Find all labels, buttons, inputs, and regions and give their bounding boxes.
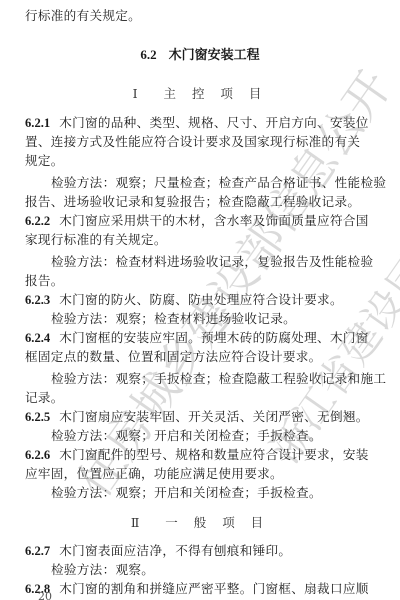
clause-6-2-1: 6.2.1木门窗的品种、类型、规格、尺寸、开启方向、安装位 [25, 115, 369, 131]
clause-6-2-7: 6.2.7木门窗表面应洁净，不得有刨痕和锤印。 [25, 543, 291, 559]
subsection-heading-2: Ⅱ 一 般 项 目 [0, 513, 400, 531]
clause-number: 6.2.4 [25, 331, 50, 345]
inspection-method: 检验方法：观察。 [51, 562, 154, 577]
subsection-title: 主 控 项 目 [163, 86, 267, 101]
subsection-numeral: Ⅱ [131, 515, 146, 530]
clause-text: 木门窗扇应安装牢固、开关灵活、关闭严密、无倒翘。 [59, 409, 368, 424]
section-number: 6.2 [140, 47, 156, 62]
document-page: 行标准的有关规定。 6.2木门窗安装工程 Ⅰ 主 控 项 目 6.2.1木门窗的… [0, 0, 400, 600]
clause-text: 木门窗的防火、防腐、防虫处理应符合设计要求。 [59, 292, 343, 307]
inspection-method: 检验方法：观察；开启和关闭检查；手扳检查。 [51, 428, 322, 443]
inspection-method: 检验方法：观察；手扳检查；检查隐蔽工程验收记录和施工 [51, 371, 386, 386]
clause-text: 木门窗框的安装应牢固。预埋木砖的防腐处理、木门窗 [59, 330, 368, 345]
clause-text: 置、连接方式及性能应符合设计要求及国家现行标准的有关 [25, 134, 360, 149]
clause-number: 6.2.6 [25, 448, 50, 462]
clause-number: 6.2.7 [25, 544, 50, 558]
clause-text: 木门窗应采用烘干的木材，含水率及饰面质量应符合国 [59, 213, 368, 228]
clause-number: 6.2.3 [25, 293, 50, 307]
clause-text: 家现行标准的有关规定。 [25, 232, 167, 247]
page-number: 20 [38, 590, 52, 600]
clause-number: 6.2.2 [25, 214, 50, 228]
clause-text: 木门窗表面应洁净，不得有刨痕和锤印。 [59, 543, 291, 558]
inspection-method: 检验方法：观察；尺量检查；检查产品合格证书、性能检验 [51, 175, 386, 190]
continuation-text: 行标准的有关规定。 [25, 8, 141, 23]
clause-text: 应牢固，位置应正确，功能应满足使用要求。 [25, 466, 283, 481]
clause-6-2-5: 6.2.5木门窗扇应安装牢固、开关灵活、关闭严密、无倒翘。 [25, 409, 369, 425]
clause-6-2-4: 6.2.4木门窗框的安装应牢固。预埋木砖的防腐处理、木门窗 [25, 330, 369, 346]
clause-text: 木门窗的割角和拼缝应严密平整。门窗框、扇裁口应顺 [59, 581, 368, 596]
clause-text: 规定。 [25, 153, 64, 168]
inspection-method: 报告。 [25, 273, 64, 288]
clause-number: 6.2.1 [25, 116, 50, 130]
subsection-numeral: Ⅰ [133, 86, 144, 101]
clause-6-2-2: 6.2.2木门窗应采用烘干的木材，含水率及饰面质量应符合国 [25, 213, 369, 229]
section-title: 木门窗安装工程 [169, 48, 260, 63]
inspection-method: 检验方法：观察；检查材料进场验收记录。 [51, 311, 296, 326]
inspection-method: 检验方法：检查材料进场验收记录，复验报告及性能检验 [51, 254, 373, 269]
inspection-method: 检验方法：观察；开启和关闭检查；手扳检查。 [51, 485, 322, 500]
clause-6-2-8: 6.2.8木门窗的割角和拼缝应严密平整。门窗框、扇裁口应顺 [25, 581, 369, 597]
section-heading: 6.2木门窗安装工程 [0, 44, 400, 63]
subsection-title: 一 般 项 目 [165, 515, 269, 530]
clause-text: 木门窗配件的型号、规格和数量应符合设计要求，安装 [59, 447, 368, 462]
subsection-heading-1: Ⅰ 主 控 项 目 [0, 84, 400, 102]
clause-text: 框固定点的数量、位置和固定方法应符合设计要求。 [25, 349, 322, 364]
clause-6-2-3: 6.2.3木门窗的防火、防腐、防虫处理应符合设计要求。 [25, 292, 343, 308]
clause-number: 6.2.5 [25, 410, 50, 424]
clause-text: 木门窗的品种、类型、规格、尺寸、开启方向、安装位 [59, 115, 368, 130]
clause-6-2-6: 6.2.6木门窗配件的型号、规格和数量应符合设计要求，安装 [25, 447, 369, 463]
inspection-method: 记录。 [25, 390, 64, 405]
inspection-method: 报告、进场验收记录和复验报告；检查隐蔽工程验收记录。 [25, 194, 360, 209]
